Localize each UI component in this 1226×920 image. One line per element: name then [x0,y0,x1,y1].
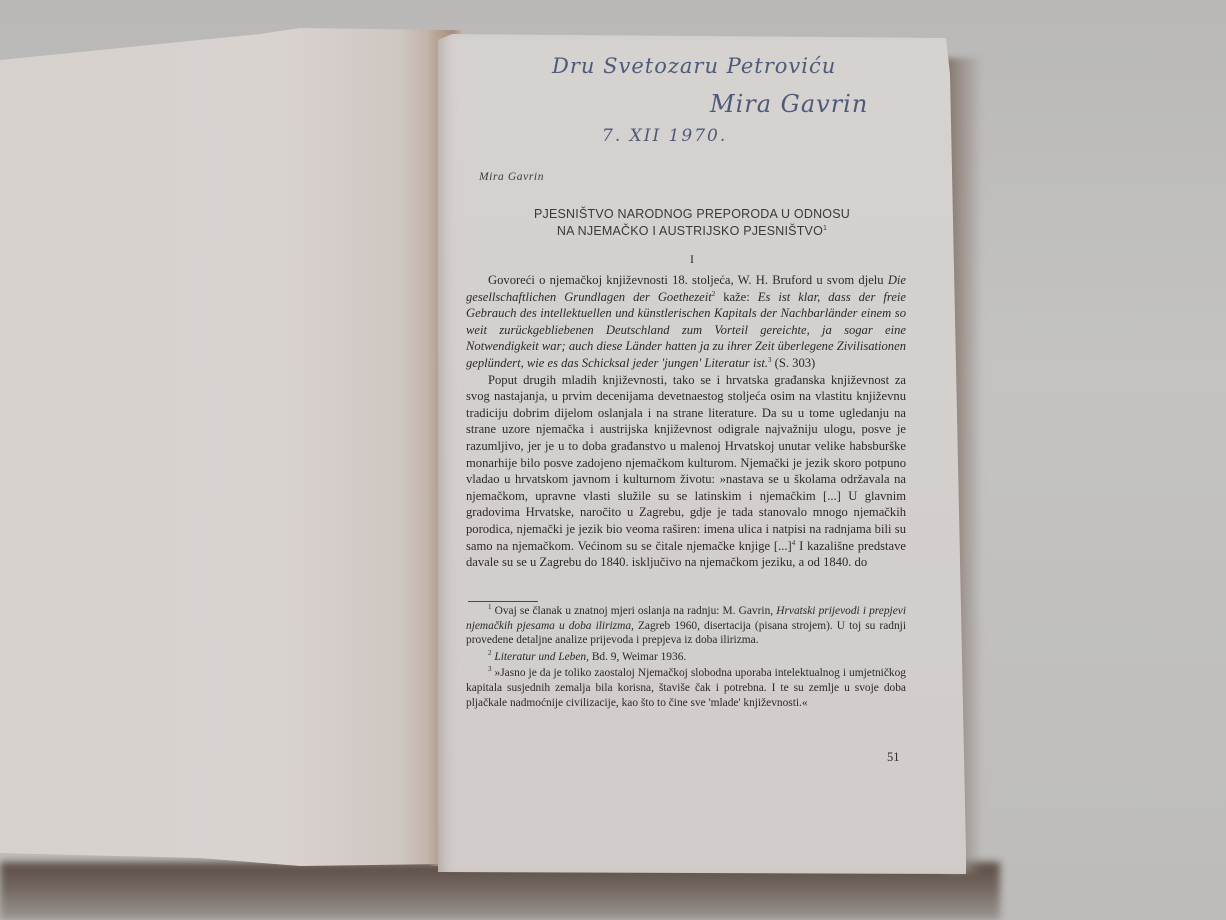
paragraph-1-connector: kaže: [715,290,758,304]
photo-scene: Dru Svetozaru Petroviću Mira Gavrin 7. X… [0,0,1226,920]
page-content: Dru Svetozaru Petroviću Mira Gavrin 7. X… [462,34,932,874]
title-line-1: PJESNIŠTVO NARODNOG PREPORODA U ODNOSU [482,206,902,223]
left-page-blank [0,28,470,866]
paragraph-1-tail: (S. 303) [772,356,816,370]
title-line-2-text: NA NJEMAČKO I AUSTRIJSKO PJESNIŠTVO [557,224,823,238]
footnote-2-title: Literatur und Leben, [494,651,589,663]
footnote-1-lead: Ovaj se članak u znatnoj mjeri oslanja n… [495,605,777,617]
footnote-1: 1 Ovaj se članak u znatnoj mjeri oslanja… [466,604,906,648]
footnote-number: 1 [488,603,492,611]
right-page: Dru Svetozaru Petroviću Mira Gavrin 7. X… [438,34,968,874]
article-body: Govoreći o njemačkoj književnosti 18. st… [466,272,906,571]
footnotes: 1 Ovaj se članak u znatnoj mjeri oslanja… [466,604,906,712]
dedication-date: 7. XII 1970. [602,126,727,146]
footnote-number: 2 [488,649,492,657]
footnote-number: 3 [488,666,492,674]
article-title: PJESNIŠTVO NARODNOG PREPORODA U ODNOSU N… [482,206,902,240]
paragraph-1: Govoreći o njemačkoj književnosti 18. st… [466,272,906,372]
paragraph-1-lead: Govoreći o njemačkoj književnosti 18. st… [488,273,888,287]
dedication-signature: Mira Gavrin [710,90,868,118]
title-footnote-ref: 1 [823,225,827,232]
dedication-recipient: Dru Svetozaru Petroviću [552,54,836,78]
section-number: I [462,252,922,267]
page-number: 51 [887,750,900,765]
footnote-3-text: »Jasno je da je toliko zaostaloj Njemačk… [466,667,906,708]
paragraph-2-text: Poput drugih mladih književnosti, tako s… [466,373,906,553]
title-line-2: NA NJEMAČKO I AUSTRIJSKO PJESNIŠTVO1 [482,223,902,240]
footnote-2: 2 Literatur und Leben, Bd. 9, Weimar 193… [466,650,906,665]
handwritten-dedication: Dru Svetozaru Petroviću Mira Gavrin 7. X… [462,34,962,154]
article-author: Mira Gavrin [479,171,544,183]
paragraph-2: Poput drugih mladih književnosti, tako s… [466,372,906,571]
footnote-divider [468,601,538,602]
footnote-3: 3 »Jasno je da je toliko zaostaloj Njema… [466,666,906,710]
footnote-2-tail: Bd. 9, Weimar 1936. [589,651,686,663]
